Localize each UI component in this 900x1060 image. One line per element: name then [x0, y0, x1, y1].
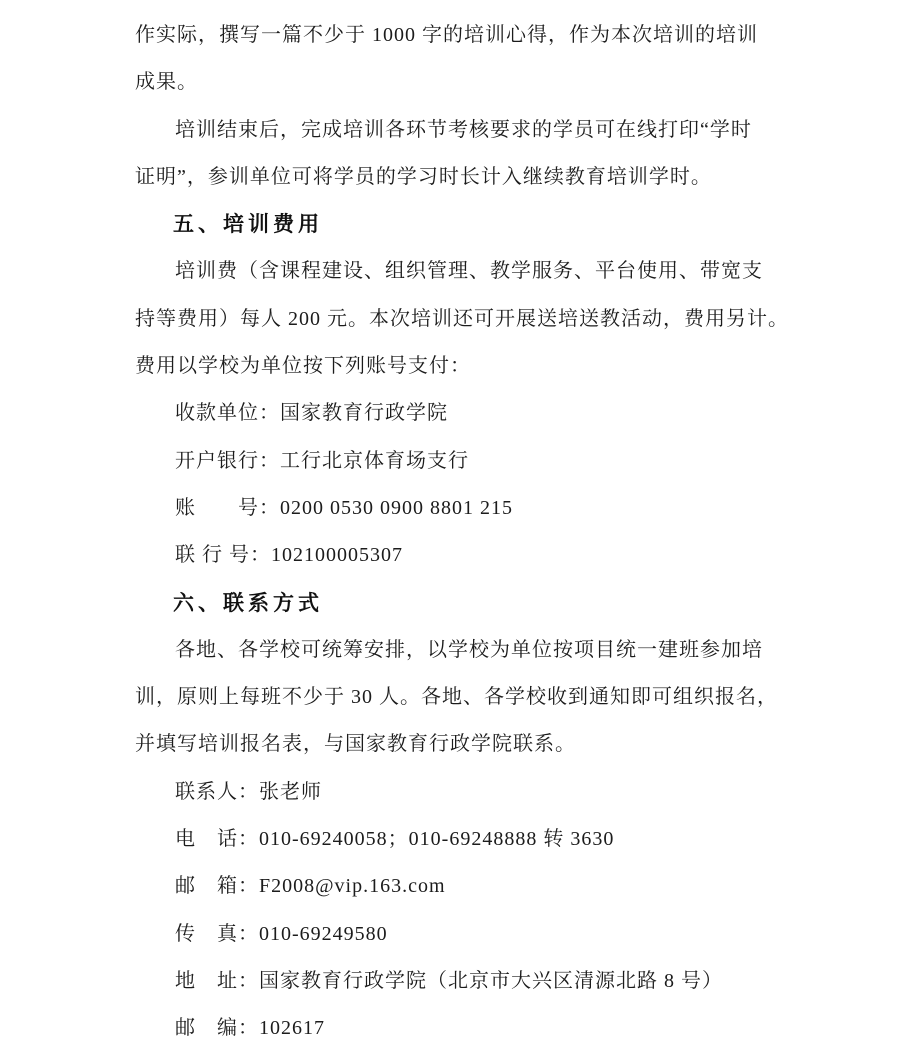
paragraph-continuation-line: 费用以学校为单位按下列账号支付： [135, 343, 780, 390]
section-heading-training-fee: 五、培训费用 [135, 201, 780, 248]
bank-code-line: 联 行 号：102100005307 [135, 532, 780, 579]
paragraph-continuation-line: 持等费用）每人 200 元。本次培训还可开展送培送教活动，费用另计。 [135, 296, 780, 343]
paragraph-continuation-line: 训，原则上每班不少于 30 人。各地、各学校收到通知即可组织报名， [135, 674, 780, 721]
paragraph-start-line: 培训结束后，完成培训各环节考核要求的学员可在线打印“学时 [135, 107, 780, 154]
payee-line: 收款单位：国家教育行政学院 [135, 390, 780, 437]
paragraph-continuation-line: 证明”，参训单位可将学员的学习时长计入继续教育培训学时。 [135, 154, 780, 201]
paragraph-continuation-line: 作实际，撰写一篇不少于 1000 字的培训心得，作为本次培训的培训 [135, 12, 780, 59]
fax-line: 传 真：010-69249580 [135, 911, 780, 958]
document-page: 作实际，撰写一篇不少于 1000 字的培训心得，作为本次培训的培训 成果。 培训… [0, 0, 900, 1060]
document-text-block: 作实际，撰写一篇不少于 1000 字的培训心得，作为本次培训的培训 成果。 培训… [135, 12, 780, 1053]
bank-line: 开户银行：工行北京体育场支行 [135, 438, 780, 485]
address-line: 地 址：国家教育行政学院（北京市大兴区清源北路 8 号） [135, 958, 780, 1005]
postcode-line: 邮 编：102617 [135, 1005, 780, 1052]
email-line: 邮 箱：F2008@vip.163.com [135, 863, 780, 910]
paragraph-continuation-line: 成果。 [135, 59, 780, 106]
phone-line: 电 话：010-69240058；010-69248888 转 3630 [135, 816, 780, 863]
contact-person-line: 联系人：张老师 [135, 769, 780, 816]
paragraph-start-line: 培训费（含课程建设、组织管理、教学服务、平台使用、带宽支 [135, 248, 780, 295]
account-number-line: 账 号：0200 0530 0900 8801 215 [135, 485, 780, 532]
paragraph-start-line: 各地、各学校可统筹安排，以学校为单位按项目统一建班参加培 [135, 627, 780, 674]
section-heading-contact: 六、联系方式 [135, 580, 780, 627]
paragraph-continuation-line: 并填写培训报名表，与国家教育行政学院联系。 [135, 721, 780, 768]
